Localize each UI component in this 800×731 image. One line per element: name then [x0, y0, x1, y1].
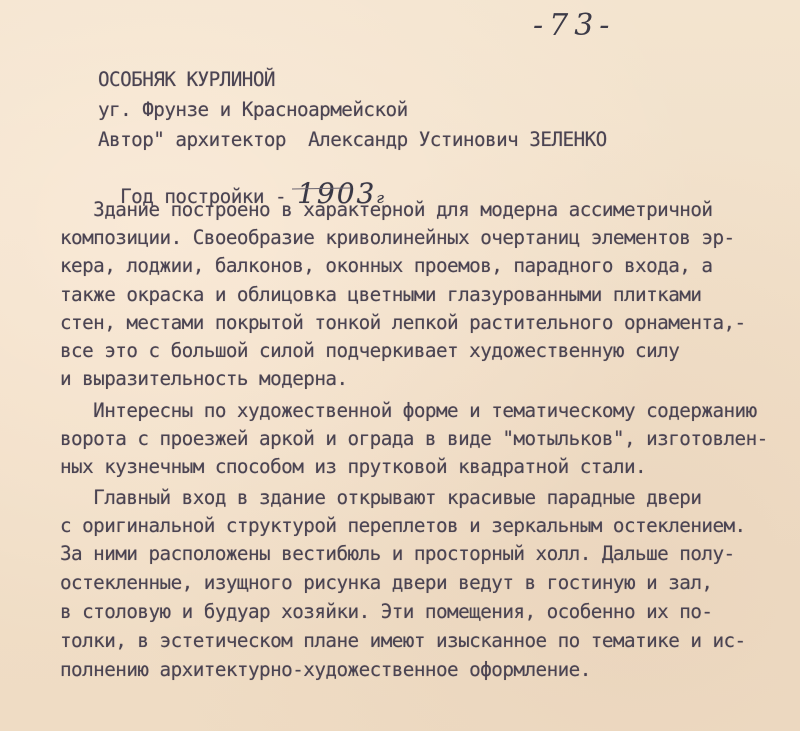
- text-line: остекленные, изущного рисунка двери веду…: [60, 571, 712, 595]
- text-line: все это с большой силой подчеркивает худ…: [60, 339, 679, 363]
- text-line: Здание построено в характерной для модер…: [60, 198, 712, 222]
- text-line: ных кузнечным способом из прутковой квад…: [60, 455, 646, 479]
- text-line: в столовую и будуар хозяйки. Эти помещен…: [60, 600, 712, 624]
- page-number: -73-: [533, 8, 615, 43]
- document-title: ОСОБНЯК КУРЛИНОЙ: [98, 68, 275, 92]
- text-line: толки, в эстетическом плане имеют изыска…: [60, 629, 746, 653]
- text-line: кера, лоджии, балконов, оконных проемов,…: [60, 254, 712, 278]
- text-line: стен, местами покрытой тонкой лепкой рас…: [60, 311, 746, 335]
- address-line: уг. Фрунзе и Красноармейской: [98, 98, 408, 122]
- text-line: Главный вход в здание открывают красивые…: [60, 486, 701, 510]
- text-line: и выразительность модерна.: [60, 367, 348, 391]
- text-line: За ними расположены вестибюль и просторн…: [60, 542, 735, 566]
- text-line: полнению архитектурно-художественное офо…: [60, 658, 591, 682]
- text-line: с оригинальной структурой переплетов и з…: [60, 514, 746, 538]
- text-line: Интересны по художественной форме и тема…: [60, 399, 757, 423]
- text-line: композиции. Своеобразие криволинейных оч…: [60, 226, 735, 250]
- text-line: также окраска и облицовка цветными глазу…: [60, 283, 701, 307]
- text-line: ворота с проезжей аркой и ограда в виде …: [60, 427, 768, 451]
- author-line: Автор" архитектор Александр Устинович ЗЕ…: [98, 128, 607, 152]
